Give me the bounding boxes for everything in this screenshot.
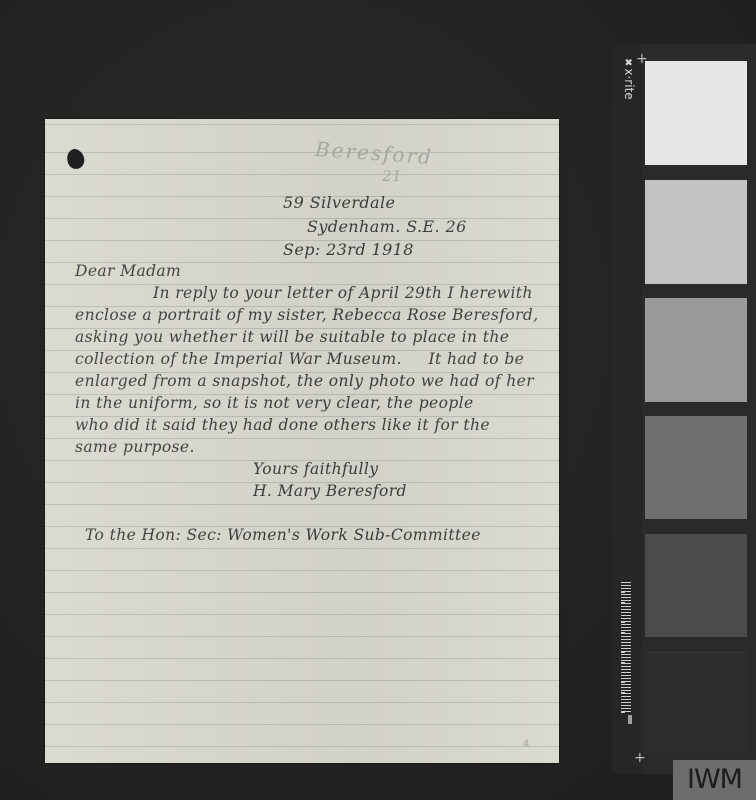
body-line-4: collection of the Imperial War Museum. I… bbox=[75, 350, 524, 368]
salutation: Dear Madam bbox=[75, 262, 181, 280]
swatch-black bbox=[645, 652, 747, 753]
body-line-6: in the uniform, so it is not very clear,… bbox=[75, 394, 474, 412]
punch-hole bbox=[64, 146, 88, 171]
address-line-2: Sydenham. S.E. 26 bbox=[307, 217, 467, 236]
swatch-mid-gray bbox=[645, 298, 747, 402]
crosshair-bottom-icon: + bbox=[634, 751, 646, 765]
closing: Yours faithfully bbox=[253, 460, 378, 478]
scale-ruler-end-mark bbox=[628, 715, 632, 724]
letter-date: Sep: 23rd 1918 bbox=[283, 240, 414, 259]
body-line-5: enlarged from a snapshot, the only photo… bbox=[75, 372, 534, 390]
iwm-watermark: IWM bbox=[673, 760, 756, 800]
signature: H. Mary Beresford bbox=[253, 482, 407, 500]
swatch-dark-gray bbox=[645, 534, 747, 637]
swatch-gray bbox=[645, 416, 747, 519]
body-line-8: same purpose. bbox=[75, 438, 195, 456]
archive-surname-annotation: Beresford bbox=[314, 137, 433, 169]
body-line-2: enclose a portrait of my sister, Rebecca… bbox=[75, 306, 539, 324]
body-line-1: In reply to your letter of April 29th I … bbox=[153, 284, 533, 302]
brand-name: x·rite bbox=[622, 68, 636, 99]
swatch-white bbox=[645, 61, 747, 165]
page-number: 4 bbox=[523, 739, 530, 750]
letter-page: Beresford 21 59 Silverdale Sydenham. S.E… bbox=[45, 119, 559, 763]
xrite-logo-icon: ✖ bbox=[622, 58, 633, 66]
address-line-1: 59 Silverdale bbox=[283, 193, 395, 212]
body-line-3: asking you whether it will be suitable t… bbox=[75, 328, 509, 346]
archive-number-annotation: 21 bbox=[382, 167, 402, 185]
body-line-7: who did it said they had done others lik… bbox=[75, 416, 490, 434]
brand-label: ✖x·rite bbox=[618, 58, 638, 108]
addressee-line: To the Hon: Sec: Women's Work Sub-Commit… bbox=[85, 526, 481, 544]
swatch-light-gray bbox=[645, 180, 747, 284]
scale-ruler bbox=[621, 582, 631, 714]
